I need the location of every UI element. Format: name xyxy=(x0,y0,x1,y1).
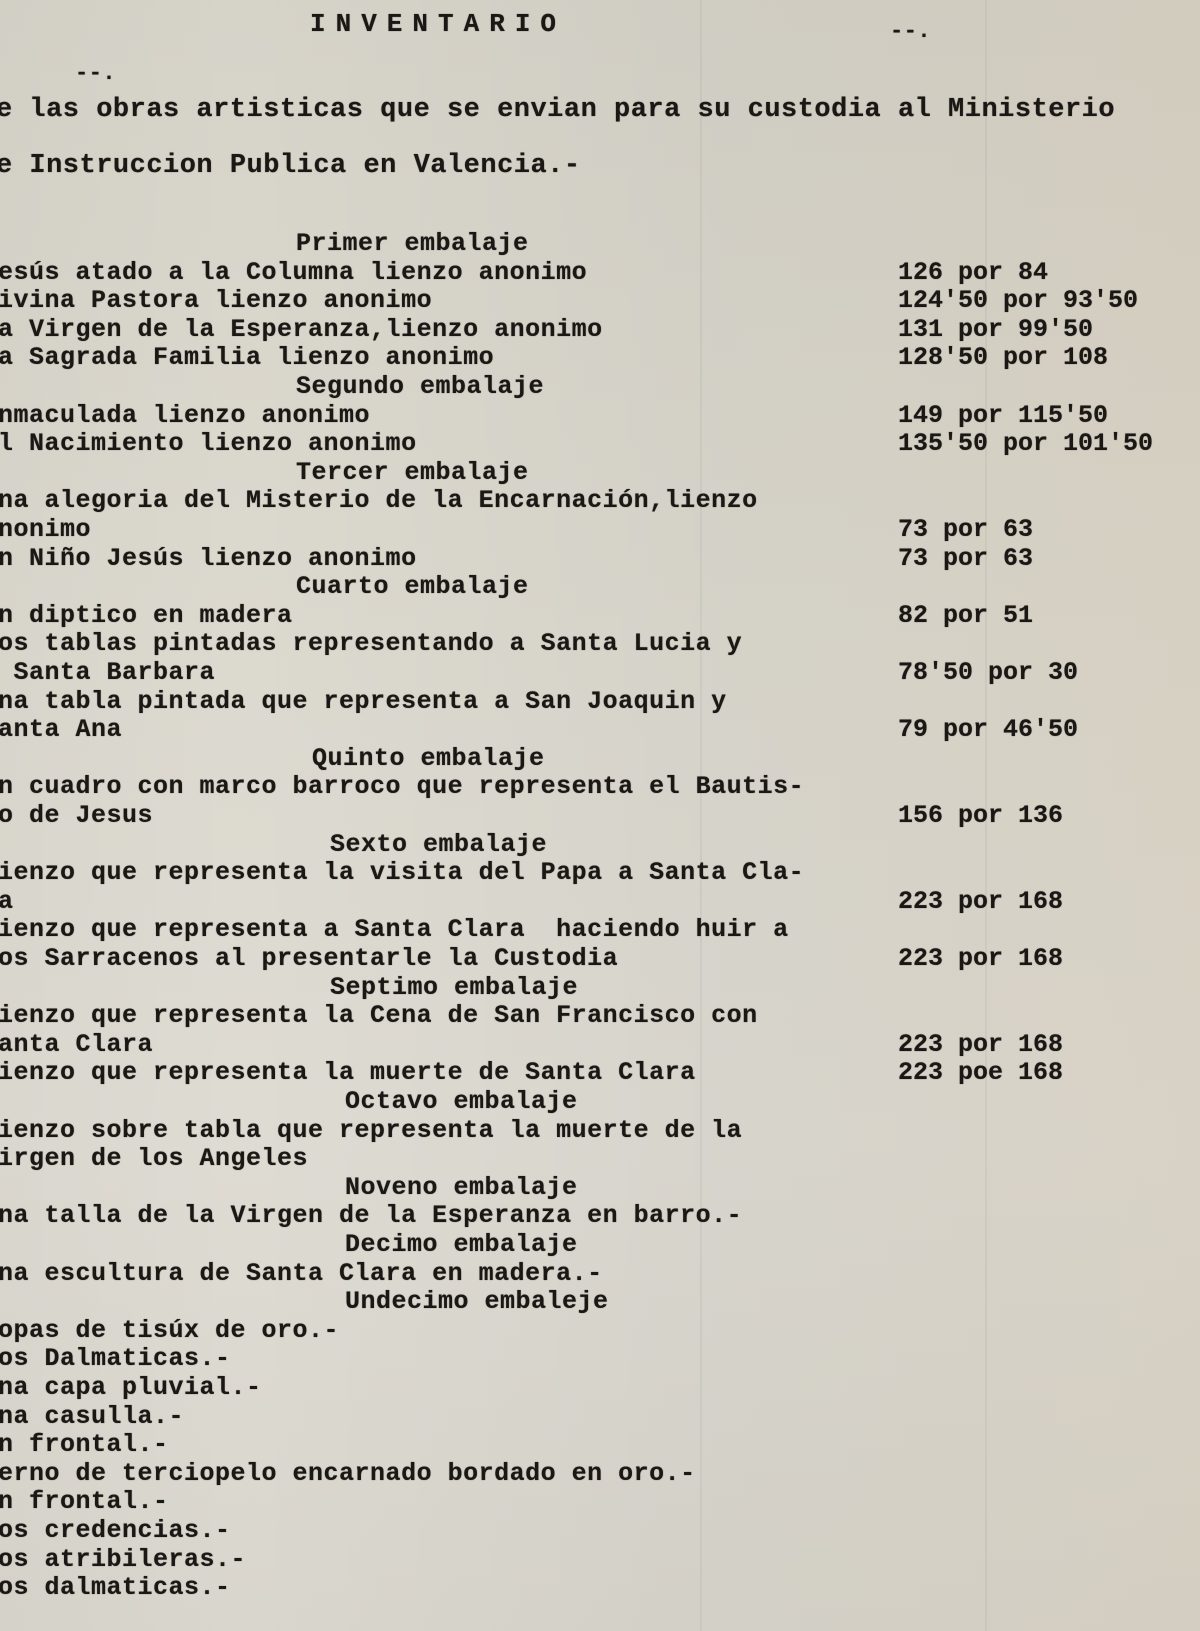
intro-line-1: e las obras artisticas que se envian par… xyxy=(0,96,1115,124)
item-description-line: erno de terciopelo encarnado bordado en … xyxy=(0,1460,696,1488)
item-dimensions: 124'50 por 93'50 xyxy=(898,287,1138,315)
item-description-line: anta Clara xyxy=(0,1031,153,1059)
item-description-line: ienzo que representa a Santa Clara hacie… xyxy=(0,916,789,944)
title-suffix: --. xyxy=(890,18,931,46)
intro-line-2: e Instruccion Publica en Valencia.- xyxy=(0,152,581,180)
item-dimensions: 149 por 115'50 xyxy=(898,402,1108,430)
item-description-line: n Niño Jesús lienzo anonimo xyxy=(0,545,417,573)
item-description-line: os Sarracenos al presentarle la Custodia xyxy=(0,945,618,973)
item-description-line: nonimo xyxy=(0,516,91,544)
section-heading: Octavo embalaje xyxy=(345,1088,578,1116)
item-dimensions: 78'50 por 30 xyxy=(898,659,1078,687)
item-dimensions: 82 por 51 xyxy=(898,602,1033,630)
item-dimensions: 223 poe 168 xyxy=(898,1059,1063,1087)
section-heading: Undecimo embaleje xyxy=(345,1288,609,1316)
section-heading: Quinto embalaje xyxy=(312,745,545,773)
section-heading: Tercer embalaje xyxy=(296,459,529,487)
section-heading: Decimo embalaje xyxy=(345,1231,578,1259)
item-description-line: a xyxy=(0,888,14,916)
section-heading: Noveno embalaje xyxy=(345,1174,578,1202)
item-dimensions: 128'50 por 108 xyxy=(898,344,1108,372)
item-description-line: l Nacimiento lienzo anonimo xyxy=(0,430,417,458)
section-heading: Primer embalaje xyxy=(296,230,529,258)
item-description-line: na talla de la Virgen de la Esperanza en… xyxy=(0,1202,742,1230)
stray-mark: --. xyxy=(75,60,116,88)
item-description-line: nmaculada lienzo anonimo xyxy=(0,402,370,430)
item-description-line: n cuadro con marco barroco que represent… xyxy=(0,773,804,801)
item-description-line: ienzo que representa la muerte de Santa … xyxy=(0,1059,696,1087)
item-dimensions: 223 por 168 xyxy=(898,888,1063,916)
item-dimensions: 73 por 63 xyxy=(898,545,1033,573)
item-description-line: os atribileras.- xyxy=(0,1546,246,1574)
item-dimensions: 131 por 99'50 xyxy=(898,316,1093,344)
item-description-line: n frontal.- xyxy=(0,1431,169,1459)
section-heading: Septimo embalaje xyxy=(330,974,578,1002)
item-description-line: os Dalmaticas.- xyxy=(0,1345,231,1373)
item-description-line: n diptico en madera xyxy=(0,602,293,630)
section-heading: Sexto embalaje xyxy=(330,831,547,859)
item-description-line: ivina Pastora lienzo anonimo xyxy=(0,287,432,315)
item-description-line: na alegoria del Misterio de la Encarnaci… xyxy=(0,487,758,515)
document-title: INVENTARIO xyxy=(310,10,566,38)
item-description-line: na escultura de Santa Clara en madera.- xyxy=(0,1260,603,1288)
item-description-line: Santa Barbara xyxy=(0,659,215,687)
item-description-line: opas de tisúx de oro.- xyxy=(0,1317,339,1345)
item-description-line: ienzo que representa la Cena de San Fran… xyxy=(0,1002,758,1030)
item-description-line: o de Jesus xyxy=(0,802,153,830)
item-description-line: na capa pluvial.- xyxy=(0,1374,262,1402)
item-dimensions: 73 por 63 xyxy=(898,516,1033,544)
item-description-line: anta Ana xyxy=(0,716,122,744)
item-dimensions: 223 por 168 xyxy=(898,945,1063,973)
item-dimensions: 126 por 84 xyxy=(898,259,1048,287)
item-description-line: n frontal.- xyxy=(0,1488,169,1516)
item-description-line: os tablas pintadas representando a Santa… xyxy=(0,630,742,658)
item-description-line: na casulla.- xyxy=(0,1403,184,1431)
item-description-line: os dalmaticas.- xyxy=(0,1574,231,1602)
item-description-line: na tabla pintada que representa a San Jo… xyxy=(0,688,727,716)
section-heading: Segundo embalaje xyxy=(296,373,544,401)
item-description-line: os credencias.- xyxy=(0,1517,231,1545)
item-dimensions: 223 por 168 xyxy=(898,1031,1063,1059)
item-dimensions: 135'50 por 101'50 xyxy=(898,430,1153,458)
item-description-line: esús atado a la Columna lienzo anonimo xyxy=(0,259,587,287)
item-description-line: ienzo sobre tabla que representa la muer… xyxy=(0,1117,742,1145)
item-dimensions: 79 por 46'50 xyxy=(898,716,1078,744)
item-description-line: a Sagrada Familia lienzo anonimo xyxy=(0,344,494,372)
paper-fold xyxy=(700,0,702,1631)
item-description-line: ienzo que representa la visita del Papa … xyxy=(0,859,804,887)
section-heading: Cuarto embalaje xyxy=(296,573,529,601)
item-description-line: a Virgen de la Esperanza,lienzo anonimo xyxy=(0,316,603,344)
item-description-line: irgen de los Angeles xyxy=(0,1145,308,1173)
item-dimensions: 156 por 136 xyxy=(898,802,1063,830)
